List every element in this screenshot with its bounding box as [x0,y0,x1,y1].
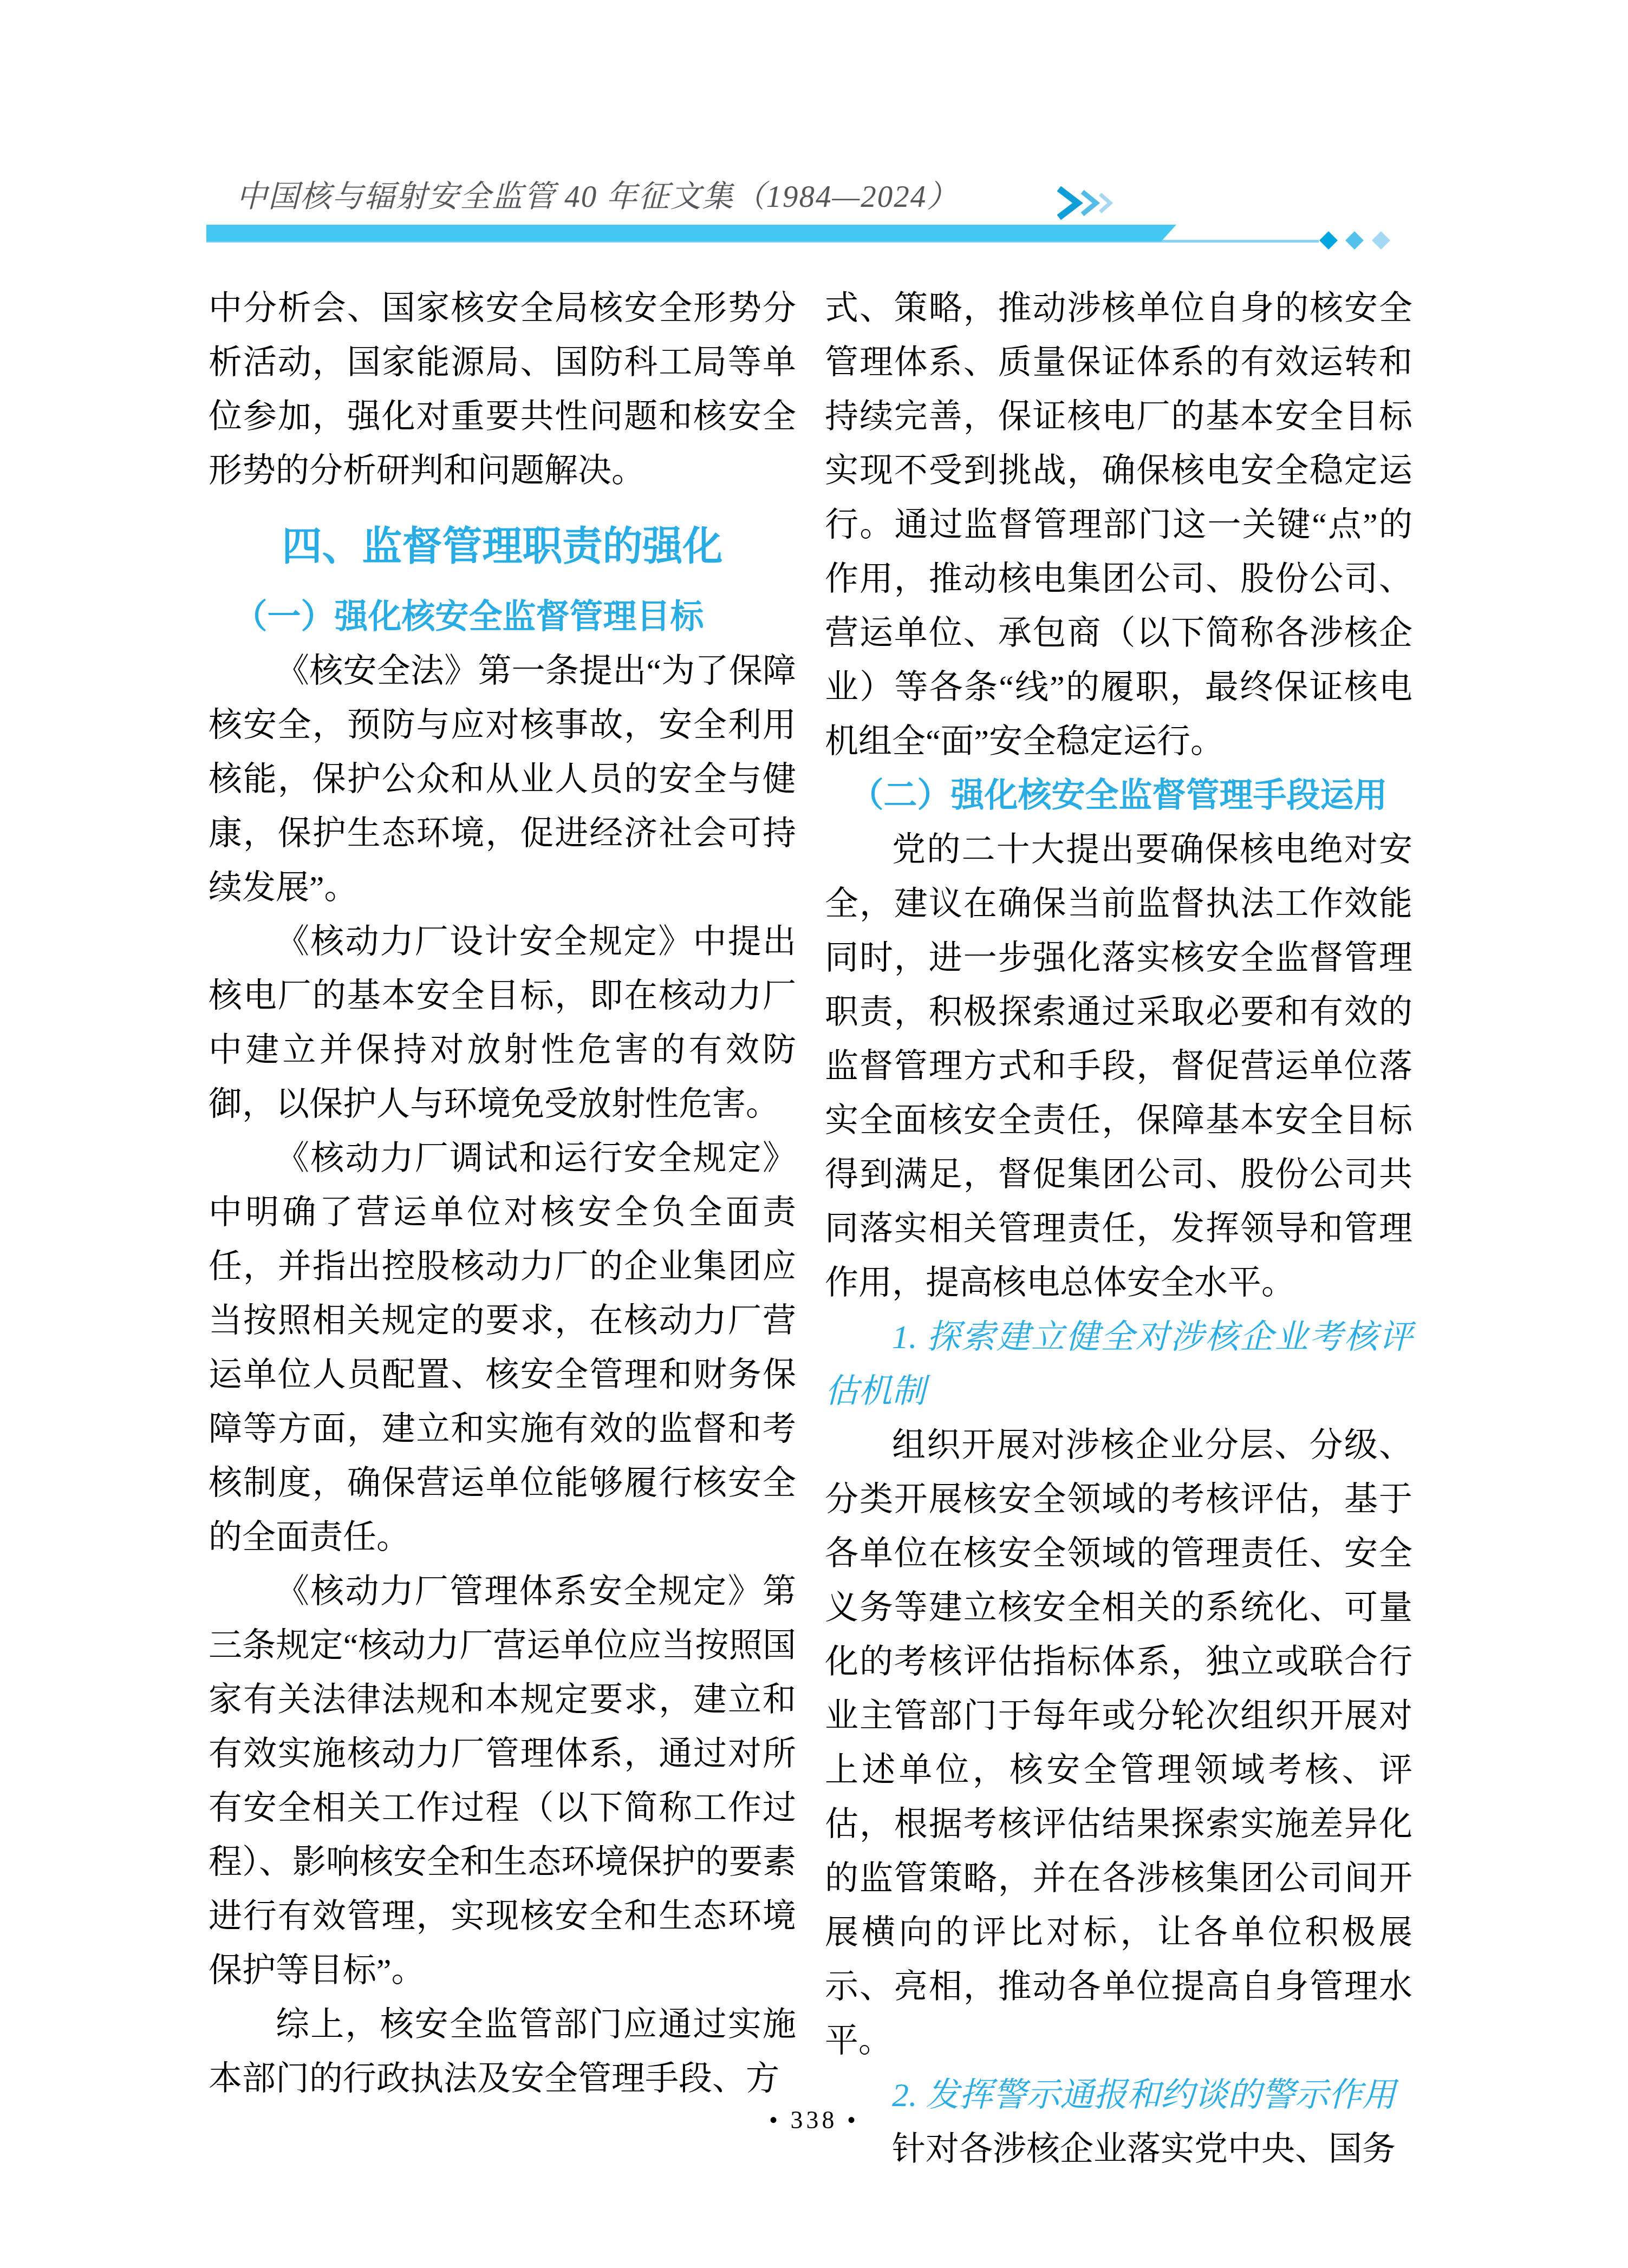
paragraph: 《核动力厂调试和运行安全规定》中明确了营运单位对核安全负全面责任，并指出控股核动… [209,1132,796,1565]
paragraph: 综上，核安全监管部门应通过实施本部门的行政执法及安全管理手段、方 [209,1998,796,2106]
paragraph: 组织开展对涉核企业分层、分级、分类开展核安全领域的考核评估，基于各单位在核安全领… [825,1419,1412,2068]
paragraph: 《核安全法》第一条提出“为了保障核安全，预防与应对核事故，安全利用核能，保护公众… [209,644,796,915]
header-bar [206,225,1176,241]
paragraph: 党的二十大提出要确保核电绝对安全，建议在确保当前监督执法工作效能同时，进一步强化… [825,823,1412,1310]
right-column: 式、策略，推动涉核单位自身的核安全管理体系、质量保证体系的有效运转和持续完善，保… [825,282,1412,2177]
paragraph: 中分析会、国家核安全局核安全形势分析活动，国家能源局、国防科工局等单位参加，强化… [209,282,796,498]
document-page: 中国核与辐射安全监管 40 年征文集（1984—2024） 中分析会、国家核安全… [0,0,1628,2268]
diamond-ornament-icon [1345,231,1364,250]
paragraph: 《核动力厂管理体系安全规定》第三条规定“核动力厂营运单位应当按照国家有关法律法规… [209,1565,796,1998]
book-title: 中国核与辐射安全监管 40 年征文集（1984—2024） [236,179,959,215]
paragraph: 《核动力厂设计安全规定》中提出核电厂的基本安全目标，即在核动力厂中建立并保持对放… [209,915,796,1132]
article-body: 中分析会、国家核安全局核安全形势分析活动，国家能源局、国防科工局等单位参加，强化… [209,282,1412,2177]
subsection-heading: （一）强化核安全监督管理目标 [209,590,796,644]
triple-chevron-icon [1057,186,1118,220]
subsection-heading: （二）强化核安全监督管理手段运用 [825,769,1412,823]
diamond-ornament-icon [1319,231,1338,250]
paragraph: 式、策略，推动涉核单位自身的核安全管理体系、质量保证体系的有效运转和持续完善，保… [825,282,1412,769]
page-number: • 338 • [0,2104,1628,2136]
section-heading: 四、监督管理职责的强化 [209,517,796,576]
left-column: 中分析会、国家核安全局核安全形势分析活动，国家能源局、国防科工局等单位参加，强化… [209,282,796,2177]
diamond-ornament-icon [1372,231,1390,250]
numbered-subheading: 1. 探索建立健全对涉核企业考核评估机制 [825,1310,1412,1419]
